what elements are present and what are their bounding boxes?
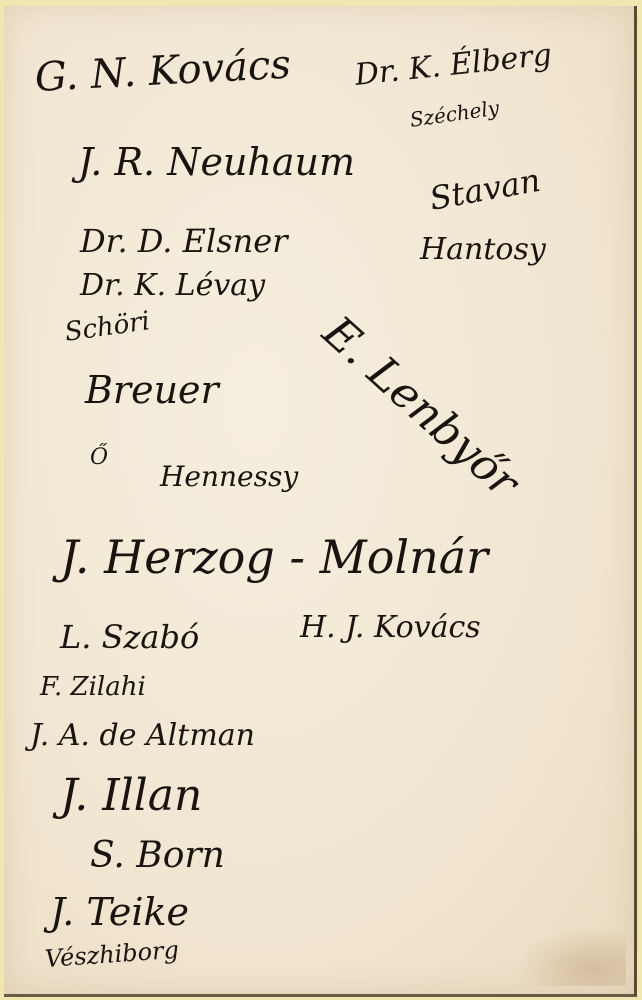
signature: Breuer bbox=[85, 368, 219, 412]
signature: L. Szabó bbox=[60, 618, 199, 656]
signature: Vészhiborg bbox=[44, 936, 180, 973]
signature: Széchely bbox=[408, 96, 500, 132]
signature: S. Born bbox=[90, 835, 225, 876]
signature: Dr. D. Elsner bbox=[80, 222, 288, 260]
signature: G. N. Kovács bbox=[34, 42, 292, 101]
signature: J. Herzog - Molnár bbox=[60, 530, 488, 584]
signature: E. Lenbyőr bbox=[313, 307, 529, 508]
signature: H. J. Kovács bbox=[300, 610, 481, 645]
signature: J. R. Neuhaum bbox=[78, 140, 355, 184]
signature: J. Illan bbox=[60, 770, 202, 821]
signature: Hennessy bbox=[160, 460, 298, 493]
signature: Ő bbox=[90, 445, 108, 470]
signature: Dr. K. Élberg bbox=[353, 37, 553, 92]
signature: Schöri bbox=[63, 306, 152, 348]
paper-stain bbox=[516, 926, 626, 986]
autograph-page: G. N. KovácsDr. K. ÉlbergSzéchelyJ. R. N… bbox=[4, 6, 637, 997]
signature: J. Teike bbox=[50, 890, 189, 934]
signature: J. A. de Altman bbox=[30, 718, 255, 753]
signature: Hantosy bbox=[420, 232, 546, 267]
signature: Dr. K. Lévay bbox=[80, 268, 265, 303]
signature: F. Zilahi bbox=[40, 672, 146, 702]
signature: Stavan bbox=[427, 161, 544, 218]
